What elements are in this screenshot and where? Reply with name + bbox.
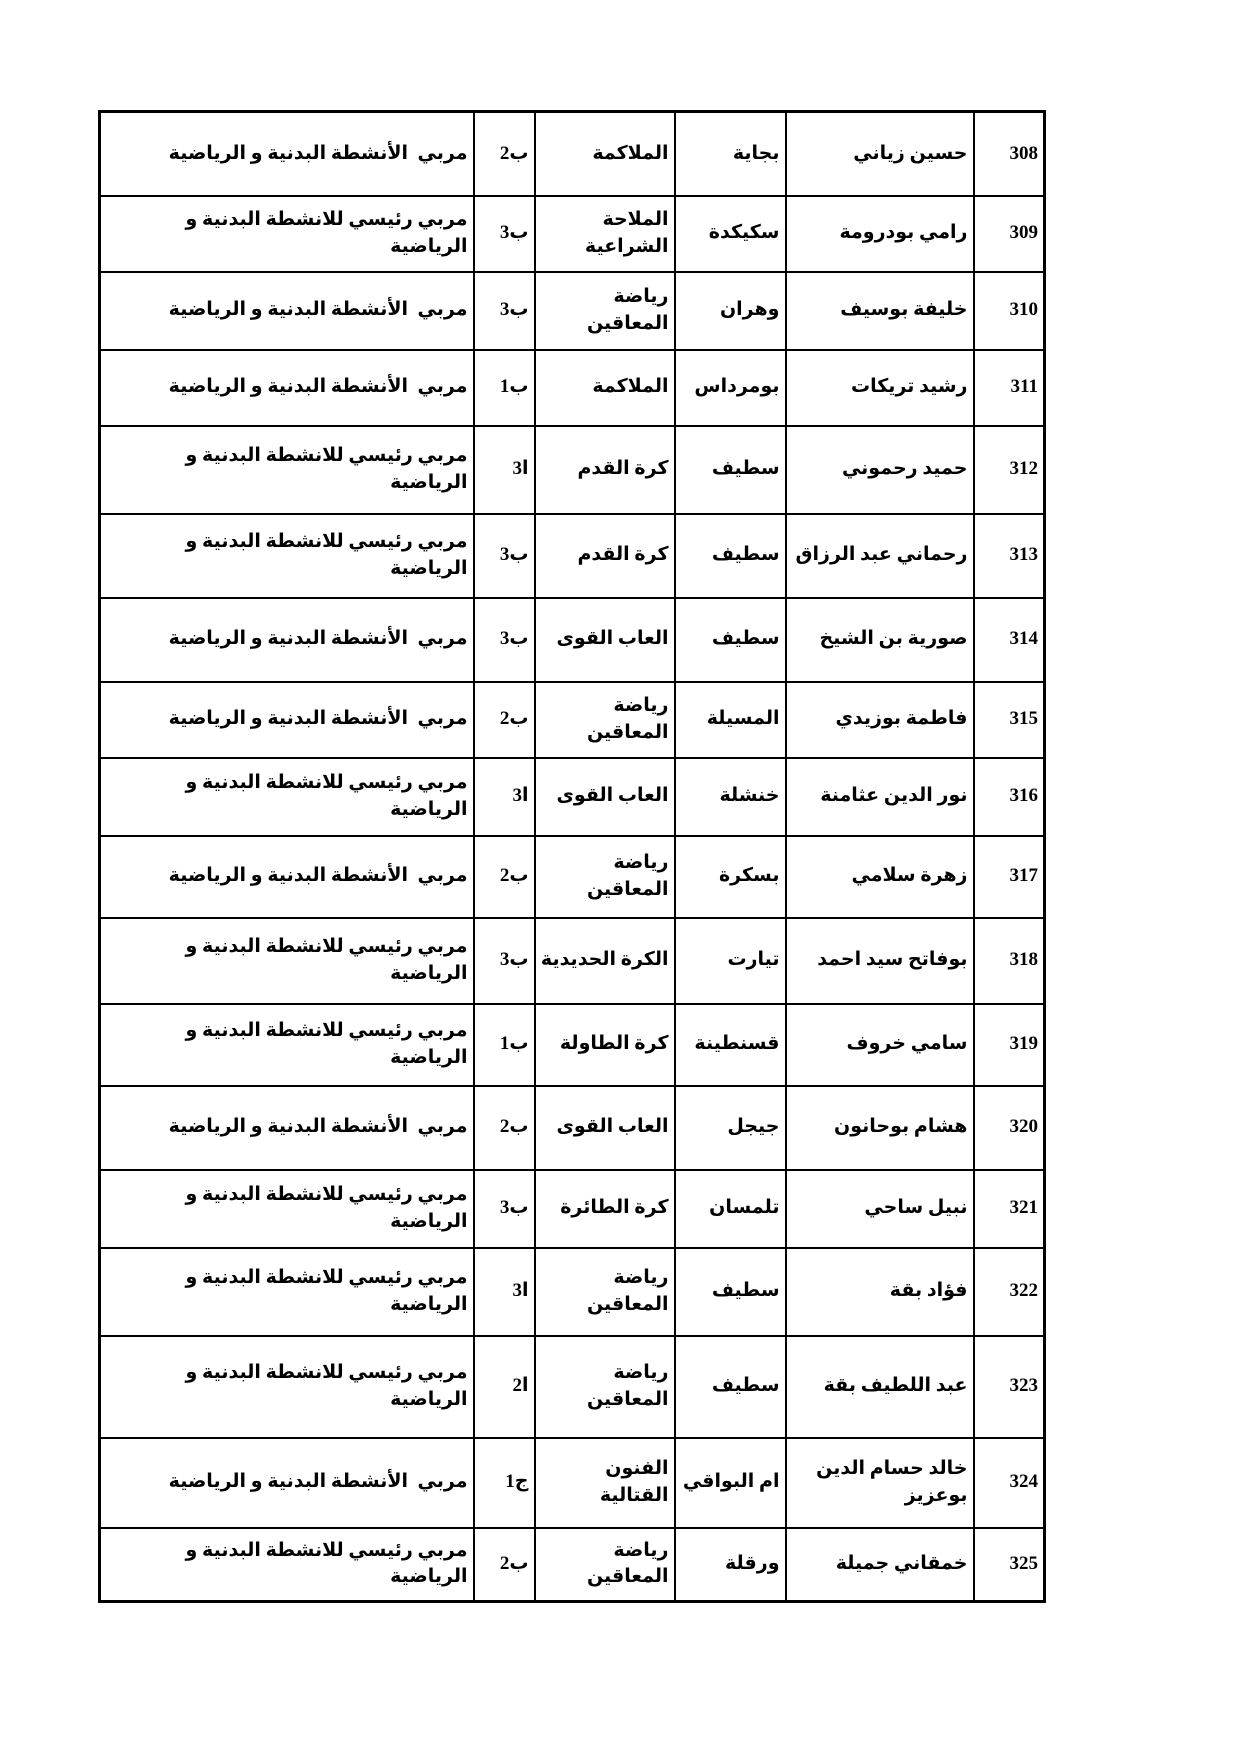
job-title-cell: مربي رئيسي للانشطة البدنية و الرياضية — [100, 1170, 474, 1248]
person-name-cell: رحماني عبد الرزاق — [786, 514, 974, 598]
person-name-cell: فاطمة بوزيدي — [786, 682, 974, 758]
table-row: 322 فؤاد بقة سطيف رياضة المعاقين ا3 مربي… — [100, 1248, 1045, 1336]
serial-number-cell: 317 — [974, 836, 1045, 918]
grade-cell: ب3 — [474, 272, 535, 350]
sports-educators-table: 308 حسين زياني بجاية الملاكمة ب2 مربي ال… — [98, 110, 1046, 1603]
serial-number-cell: 325 — [974, 1528, 1045, 1602]
job-title-cell: مربي رئيسي للانشطة البدنية و الرياضية — [100, 1528, 474, 1602]
wilaya-cell: تلمسان — [675, 1170, 786, 1248]
grade-cell: ب2 — [474, 836, 535, 918]
wilaya-cell: خنشلة — [675, 758, 786, 836]
serial-number-cell: 314 — [974, 598, 1045, 682]
person-name-cell: رشيد تريكات — [786, 350, 974, 426]
serial-number-cell: 310 — [974, 272, 1045, 350]
person-name-cell: زهرة سلامي — [786, 836, 974, 918]
sport-cell: الملاكمة — [535, 350, 675, 426]
job-title-cell: مربي رئيسي للانشطة البدنية و الرياضية — [100, 196, 474, 272]
table-row: 320 هشام بوحانون جيجل العاب القوى ب2 مرب… — [100, 1086, 1045, 1170]
sport-cell: رياضة المعاقين — [535, 1336, 675, 1438]
wilaya-cell: ام البواقي — [675, 1438, 786, 1528]
table-row: 308 حسين زياني بجاية الملاكمة ب2 مربي ال… — [100, 112, 1045, 196]
job-title-cell: مربي رئيسي للانشطة البدنية و الرياضية — [100, 1248, 474, 1336]
person-name-cell: خالد حسام الدين بوعزيز — [786, 1438, 974, 1528]
grade-cell: ا3 — [474, 1248, 535, 1336]
table-row: 323 عبد اللطيف بقة سطيف رياضة المعاقين ا… — [100, 1336, 1045, 1438]
grade-cell: ب2 — [474, 112, 535, 196]
wilaya-cell: بجاية — [675, 112, 786, 196]
table-row: 310 خليفة بوسيف وهران رياضة المعاقين ب3 … — [100, 272, 1045, 350]
table-row: 318 بوفاتح سيد احمد تيارت الكرة الحديدية… — [100, 918, 1045, 1004]
serial-number-cell: 323 — [974, 1336, 1045, 1438]
wilaya-cell: سطيف — [675, 514, 786, 598]
grade-cell: ا3 — [474, 758, 535, 836]
serial-number-cell: 311 — [974, 350, 1045, 426]
serial-number-cell: 309 — [974, 196, 1045, 272]
serial-number-cell: 319 — [974, 1004, 1045, 1086]
sport-cell: العاب القوى — [535, 598, 675, 682]
grade-cell: ا3 — [474, 426, 535, 514]
grade-cell: ب3 — [474, 514, 535, 598]
job-title-cell: مربي رئيسي للانشطة البدنية و الرياضية — [100, 514, 474, 598]
person-name-cell: رامي بودرومة — [786, 196, 974, 272]
serial-number-cell: 313 — [974, 514, 1045, 598]
person-name-cell: سامي خروف — [786, 1004, 974, 1086]
sport-cell: العاب القوى — [535, 758, 675, 836]
person-name-cell: هشام بوحانون — [786, 1086, 974, 1170]
sport-cell: الملاحة الشراعية — [535, 196, 675, 272]
grade-cell: ا2 — [474, 1336, 535, 1438]
serial-number-cell: 318 — [974, 918, 1045, 1004]
serial-number-cell: 321 — [974, 1170, 1045, 1248]
wilaya-cell: سطيف — [675, 426, 786, 514]
person-name-cell: بوفاتح سيد احمد — [786, 918, 974, 1004]
person-name-cell: حميد رحموني — [786, 426, 974, 514]
sport-cell: العاب القوى — [535, 1086, 675, 1170]
serial-number-cell: 320 — [974, 1086, 1045, 1170]
grade-cell: ب3 — [474, 1170, 535, 1248]
person-name-cell: خليفة بوسيف — [786, 272, 974, 350]
serial-number-cell: 308 — [974, 112, 1045, 196]
table-row: 316 نور الدين عثامنة خنشلة العاب القوى ا… — [100, 758, 1045, 836]
table-row: 321 نبيل ساحي تلمسان كرة الطائرة ب3 مربي… — [100, 1170, 1045, 1248]
wilaya-cell: بسكرة — [675, 836, 786, 918]
table-row: 319 سامي خروف قسنطينة كرة الطاولة ب1 مرب… — [100, 1004, 1045, 1086]
job-title-cell: مربي الأنشطة البدنية و الرياضية — [100, 836, 474, 918]
job-title-cell: مربي رئيسي للانشطة البدنية و الرياضية — [100, 1336, 474, 1438]
grade-cell: ب2 — [474, 1086, 535, 1170]
table-row: 312 حميد رحموني سطيف كرة القدم ا3 مربي ر… — [100, 426, 1045, 514]
serial-number-cell: 316 — [974, 758, 1045, 836]
wilaya-cell: قسنطينة — [675, 1004, 786, 1086]
wilaya-cell: سطيف — [675, 1248, 786, 1336]
sport-cell: رياضة المعاقين — [535, 1248, 675, 1336]
job-title-cell: مربي رئيسي للانشطة البدنية و الرياضية — [100, 918, 474, 1004]
table-row: 313 رحماني عبد الرزاق سطيف كرة القدم ب3 … — [100, 514, 1045, 598]
sport-cell: رياضة المعاقين — [535, 272, 675, 350]
table-row: 309 رامي بودرومة سكيكدة الملاحة الشراعية… — [100, 196, 1045, 272]
sport-cell: كرة الطائرة — [535, 1170, 675, 1248]
job-title-cell: مربي الأنشطة البدنية و الرياضية — [100, 272, 474, 350]
person-name-cell: حسين زياني — [786, 112, 974, 196]
job-title-cell: مربي رئيسي للانشطة البدنية و الرياضية — [100, 758, 474, 836]
job-title-cell: مربي الأنشطة البدنية و الرياضية — [100, 1086, 474, 1170]
wilaya-cell: تيارت — [675, 918, 786, 1004]
sport-cell: كرة القدم — [535, 514, 675, 598]
grade-cell: ب3 — [474, 598, 535, 682]
table-row: 324 خالد حسام الدين بوعزيز ام البواقي ال… — [100, 1438, 1045, 1528]
job-title-cell: مربي الأنشطة البدنية و الرياضية — [100, 112, 474, 196]
job-title-cell: مربي رئيسي للانشطة البدنية و الرياضية — [100, 1004, 474, 1086]
person-name-cell: صورية بن الشيخ — [786, 598, 974, 682]
serial-number-cell: 324 — [974, 1438, 1045, 1528]
grade-cell: ب1 — [474, 1004, 535, 1086]
sport-cell: الكرة الحديدية — [535, 918, 675, 1004]
sport-cell: كرة القدم — [535, 426, 675, 514]
sport-cell: كرة الطاولة — [535, 1004, 675, 1086]
grade-cell: ج1 — [474, 1438, 535, 1528]
sport-cell: رياضة المعاقين — [535, 682, 675, 758]
grade-cell: ب1 — [474, 350, 535, 426]
sport-cell: الفنون القتالية — [535, 1438, 675, 1528]
person-name-cell: عبد اللطيف بقة — [786, 1336, 974, 1438]
serial-number-cell: 322 — [974, 1248, 1045, 1336]
wilaya-cell: سطيف — [675, 1336, 786, 1438]
job-title-cell: مربي الأنشطة البدنية و الرياضية — [100, 682, 474, 758]
table-row: 311 رشيد تريكات بومرداس الملاكمة ب1 مربي… — [100, 350, 1045, 426]
wilaya-cell: وهران — [675, 272, 786, 350]
wilaya-cell: جيجل — [675, 1086, 786, 1170]
person-name-cell: فؤاد بقة — [786, 1248, 974, 1336]
document-page: 308 حسين زياني بجاية الملاكمة ب2 مربي ال… — [0, 0, 1241, 1755]
table-body: 308 حسين زياني بجاية الملاكمة ب2 مربي ال… — [100, 112, 1045, 1602]
sport-cell: رياضة المعاقين — [535, 1528, 675, 1602]
wilaya-cell: بومرداس — [675, 350, 786, 426]
job-title-cell: مربي الأنشطة البدنية و الرياضية — [100, 598, 474, 682]
table-row: 325 خمقاني جميلة ورقلة رياضة المعاقين ب2… — [100, 1528, 1045, 1602]
table-row: 315 فاطمة بوزيدي المسيلة رياضة المعاقين … — [100, 682, 1045, 758]
sport-cell: رياضة المعاقين — [535, 836, 675, 918]
table-row: 317 زهرة سلامي بسكرة رياضة المعاقين ب2 م… — [100, 836, 1045, 918]
wilaya-cell: ورقلة — [675, 1528, 786, 1602]
job-title-cell: مربي الأنشطة البدنية و الرياضية — [100, 350, 474, 426]
person-name-cell: نبيل ساحي — [786, 1170, 974, 1248]
person-name-cell: خمقاني جميلة — [786, 1528, 974, 1602]
serial-number-cell: 312 — [974, 426, 1045, 514]
job-title-cell: مربي الأنشطة البدنية و الرياضية — [100, 1438, 474, 1528]
person-name-cell: نور الدين عثامنة — [786, 758, 974, 836]
grade-cell: ب3 — [474, 918, 535, 1004]
grade-cell: ب3 — [474, 196, 535, 272]
grade-cell: ب2 — [474, 682, 535, 758]
job-title-cell: مربي رئيسي للانشطة البدنية و الرياضية — [100, 426, 474, 514]
wilaya-cell: سكيكدة — [675, 196, 786, 272]
wilaya-cell: المسيلة — [675, 682, 786, 758]
grade-cell: ب2 — [474, 1528, 535, 1602]
sport-cell: الملاكمة — [535, 112, 675, 196]
table-row: 314 صورية بن الشيخ سطيف العاب القوى ب3 م… — [100, 598, 1045, 682]
serial-number-cell: 315 — [974, 682, 1045, 758]
wilaya-cell: سطيف — [675, 598, 786, 682]
